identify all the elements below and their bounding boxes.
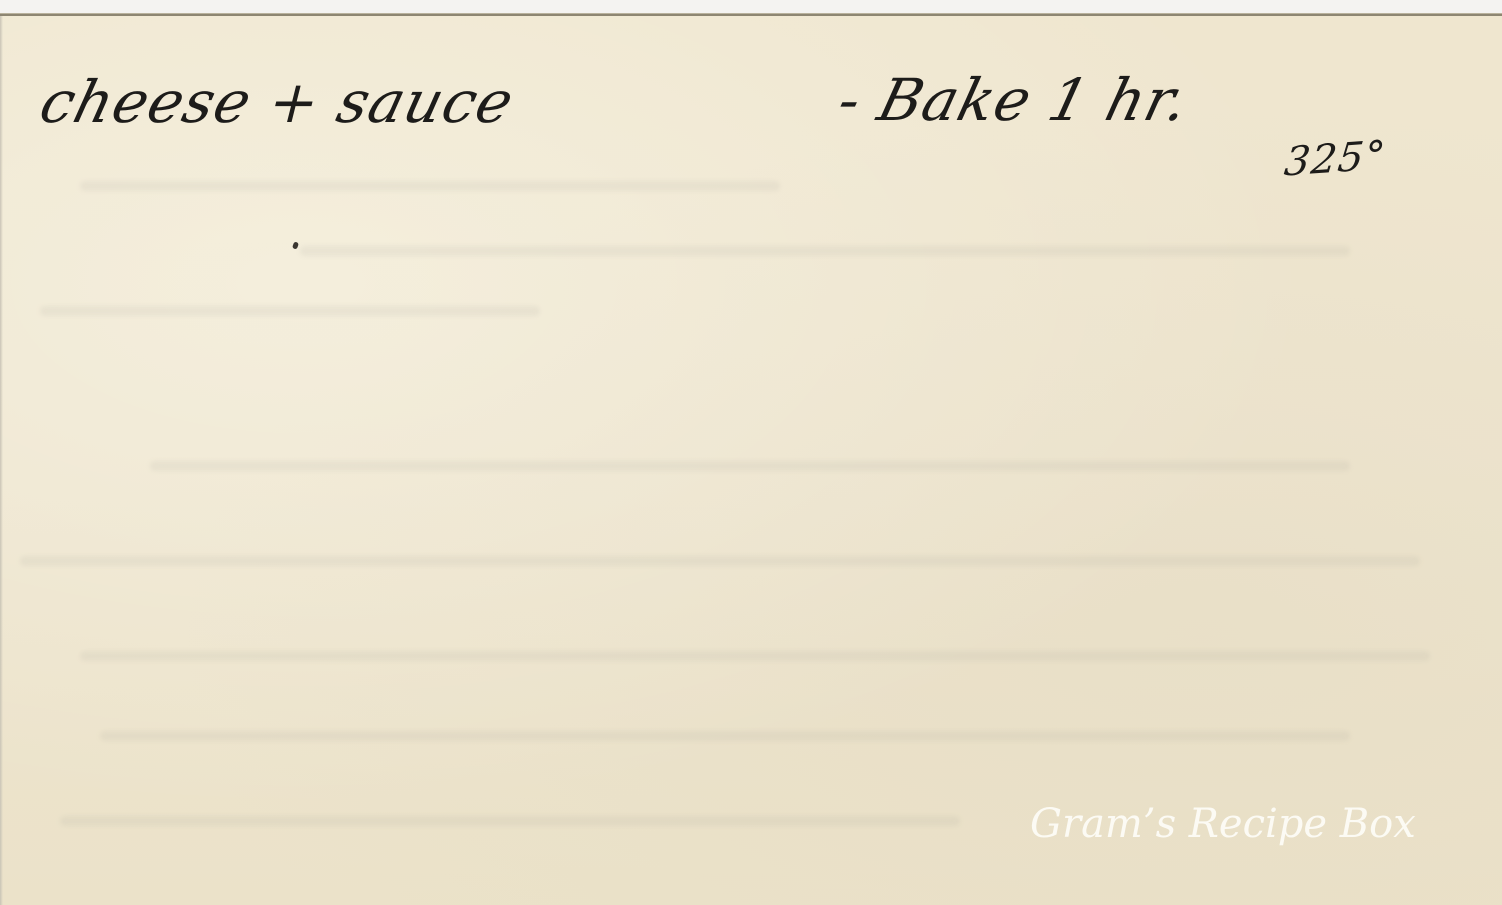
bleed-through-line [150,461,1350,471]
ink-mark [292,241,299,249]
handwritten-text-temperature: 325° [1282,133,1388,186]
recipe-card: cheese + sauce - Bake 1 hr. 325° Gram’s … [0,14,1502,905]
handwritten-text-bake-time: - Bake 1 hr. [832,66,1197,134]
bleed-through-line [80,651,1430,661]
bleed-through-line [80,181,780,191]
bleed-through-line [100,731,1350,741]
card-edge [0,16,3,905]
bleed-through-line [40,306,540,316]
watermark: Gram’s Recipe Box [1030,801,1416,847]
bleed-through-line [300,246,1350,256]
bleed-through-line [60,816,960,826]
bleed-through-line [20,556,1420,566]
scanned-recipe-card: cheese + sauce - Bake 1 hr. 325° Gram’s … [0,0,1502,905]
handwritten-text-ingredients: cheese + sauce [34,68,522,136]
